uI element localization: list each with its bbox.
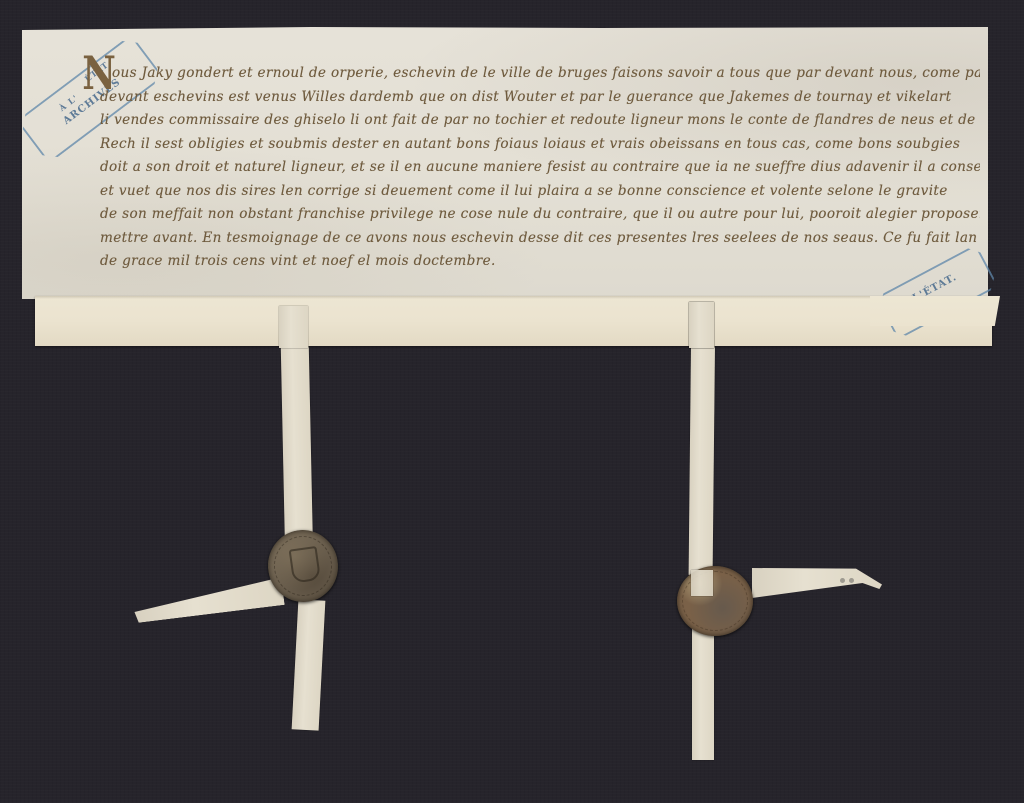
text-line: et vuet que nos dis sires len corrige si… bbox=[100, 180, 980, 204]
wax-seal-right bbox=[677, 566, 753, 636]
text-line: mettre avant. En tesmoignage de ce avons… bbox=[100, 227, 980, 251]
text-line: Rech il sest obligies et soubmis dester … bbox=[100, 133, 980, 157]
parchment-fold-plica bbox=[35, 296, 992, 346]
tag-hole-mark bbox=[849, 578, 854, 583]
text-line: devant eschevins est venus Willes dardem… bbox=[100, 86, 980, 110]
text-line: li vendes commissaire des ghiselo li ont… bbox=[100, 109, 980, 133]
text-line: de grace mil trois cens vint et noef el … bbox=[100, 250, 980, 274]
left-seal-tag-slot bbox=[279, 306, 308, 348]
right-seal-tag-over-wax bbox=[691, 570, 713, 596]
plica-overlap bbox=[870, 296, 1000, 326]
tag-hole-mark bbox=[840, 578, 845, 583]
text-line: de son meffait non obstant franchise pri… bbox=[100, 203, 980, 227]
right-seal-tag-slot bbox=[689, 302, 714, 348]
right-seal-tag-lower bbox=[692, 620, 714, 760]
charter-text: ous Jaky gondert et ernoul de orperie, e… bbox=[100, 62, 980, 274]
text-line: ous Jaky gondert et ernoul de orperie, e… bbox=[100, 62, 980, 86]
text-line: doit a son droit et naturel ligneur, et … bbox=[100, 156, 980, 180]
